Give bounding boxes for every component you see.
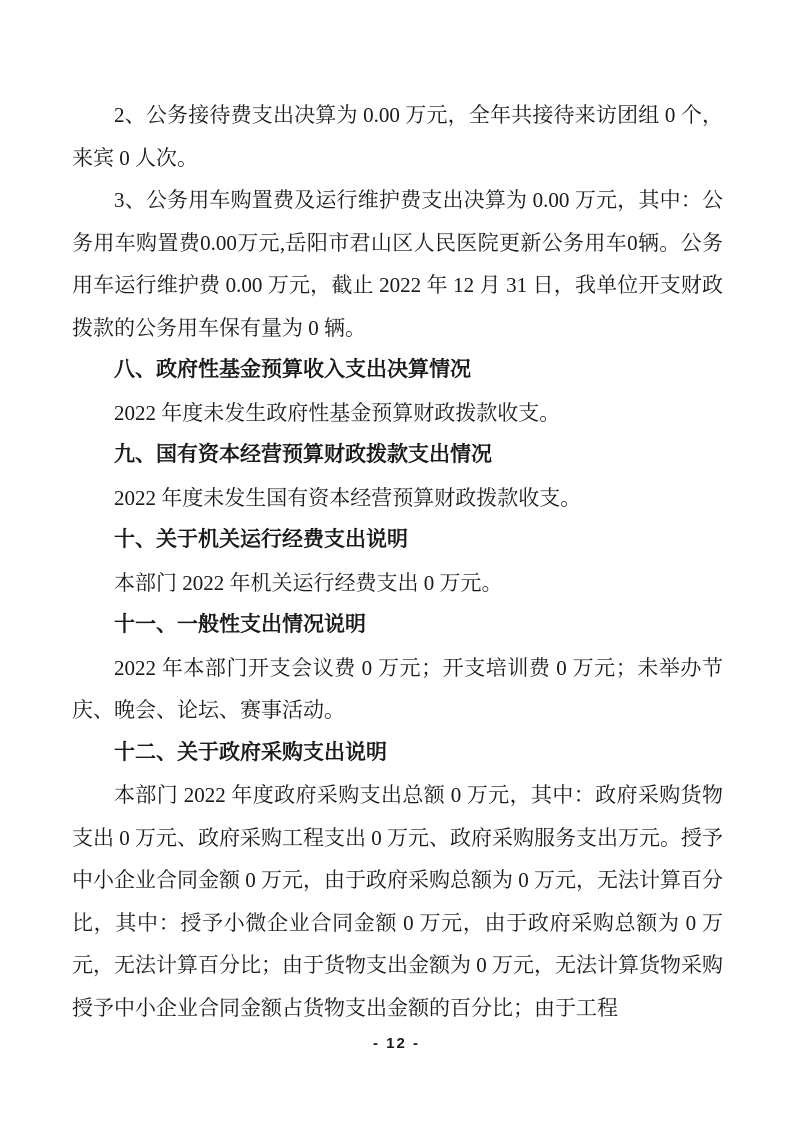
para-section-10-agency-operating-expense: 本部门 2022 年机关运行经费支出 0 万元。 [72,562,723,605]
para-section-8-government-fund-budget: 2022 年度未发生政府性基金预算财政拨款收支。 [72,392,723,435]
para-section-11-general-expense: 2022 年本部门开支会议费 0 万元；开支培训费 0 万元；未举办节庆、晚会、… [72,647,723,732]
heading-section-10-agency-operating-expense: 十、关于机关运行经费支出说明 [72,519,723,562]
para-official-vehicle-expense: 3、公务用车购置费及运行维护费支出决算为 0.00 万元，其中：公务用车购置费0… [72,179,723,349]
document-body: 2、公务接待费支出决算为 0.00 万元，全年共接待来访团组 0 个，来宾 0 … [72,94,723,1029]
heading-section-8-government-fund-budget: 八、政府性基金预算收入支出决算情况 [72,349,723,392]
para-section-9-state-capital-budget: 2022 年度未发生国有资本经营预算财政拨款收支。 [72,477,723,520]
heading-section-9-state-capital-budget: 九、国有资本经营预算财政拨款支出情况 [72,434,723,477]
heading-section-12-government-procurement: 十二、关于政府采购支出说明 [72,732,723,775]
document-page: 2、公务接待费支出决算为 0.00 万元，全年共接待来访团组 0 个，来宾 0 … [0,0,793,1122]
para-official-reception-expense: 2、公务接待费支出决算为 0.00 万元，全年共接待来访团组 0 个，来宾 0 … [72,94,723,179]
page-number: - 12 - [0,1034,793,1054]
para-section-12-government-procurement: 本部门 2022 年度政府采购支出总额 0 万元，其中：政府采购货物支出 0 万… [72,774,723,1029]
heading-section-11-general-expense: 十一、一般性支出情况说明 [72,604,723,647]
